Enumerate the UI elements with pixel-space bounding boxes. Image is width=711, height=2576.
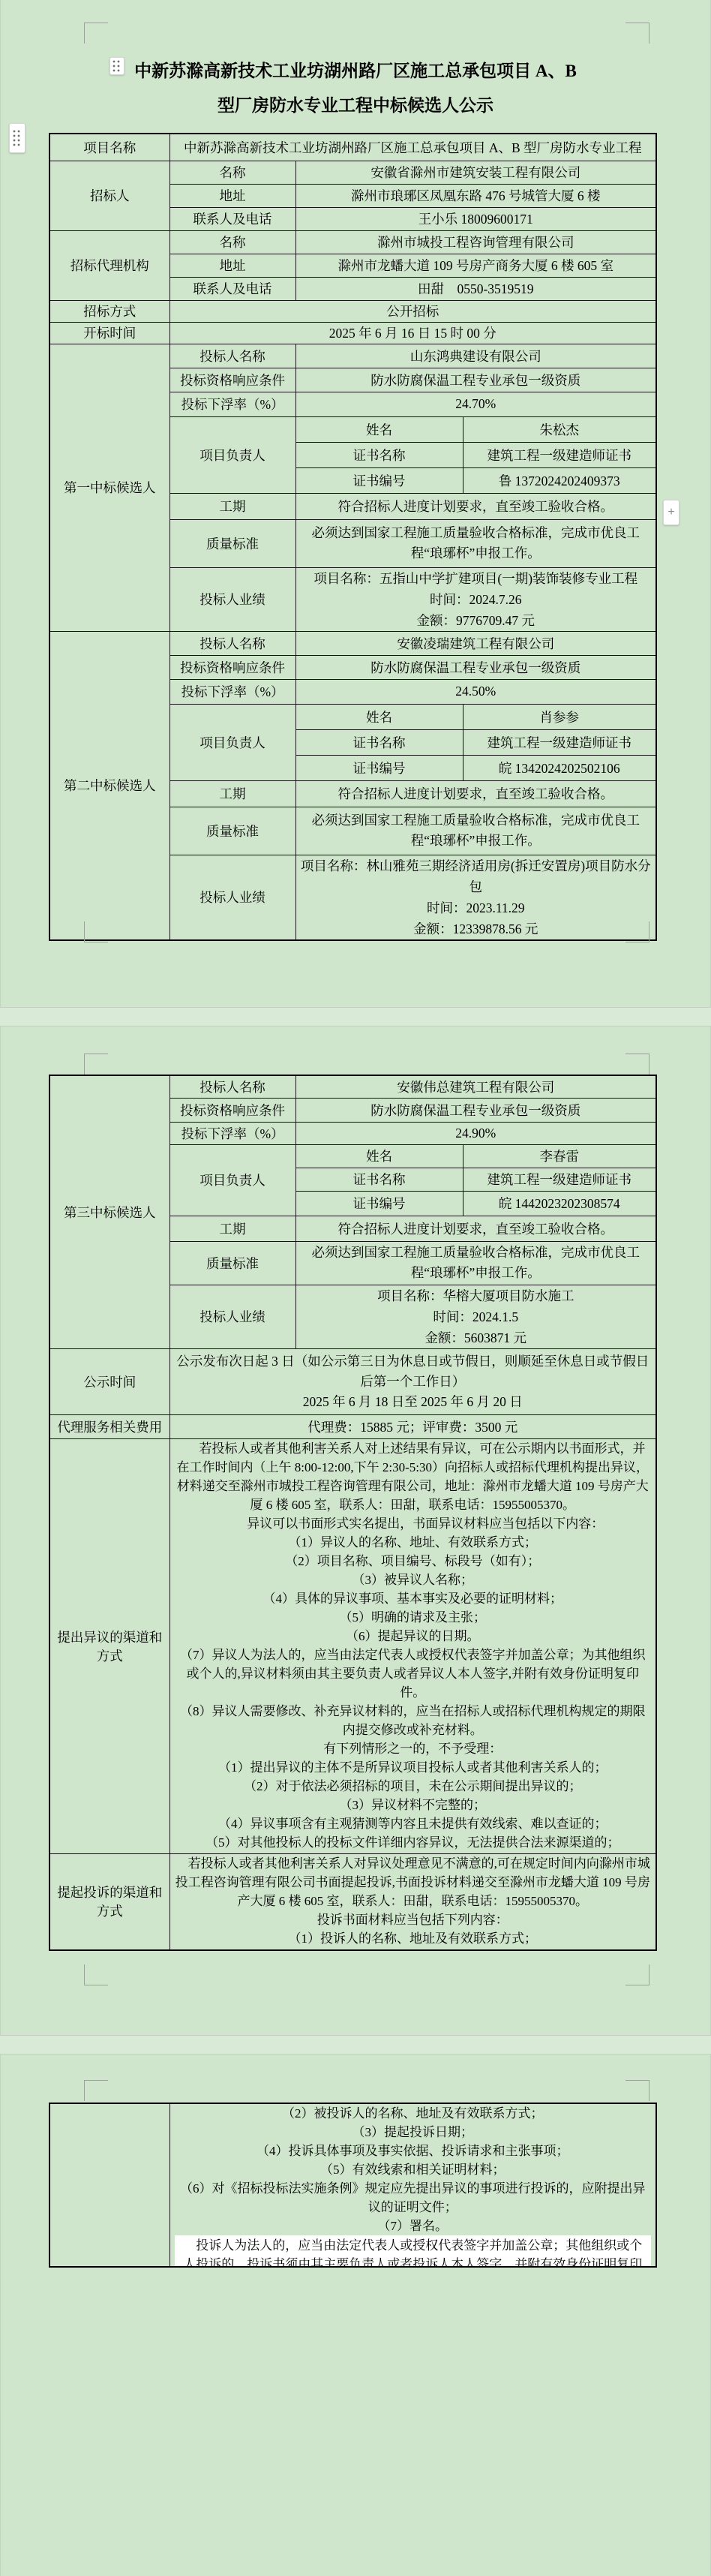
open-time-value: 2025 年 6 月 16 日 15 时 00 分	[169, 322, 656, 344]
c3-perf-project: 项目名称：华榕大厦项目防水施工	[301, 1285, 652, 1306]
bid-table-page1: 项目名称 中新苏滁高新技术工业坊湖州路厂区施工总承包项目 A、B 型厂房防水专业…	[49, 133, 657, 941]
c3-qualification-value: 防水防腐保温工程专业承包一级资质	[295, 1098, 656, 1122]
insert-row-button[interactable]: +	[663, 500, 679, 525]
complaint-para: （2）被投诉人的名称、地址及有效联系方式；	[175, 2104, 652, 2123]
c3-perf-amount: 金额：5603871 元	[301, 1327, 652, 1348]
complaint-highlighted-para: 投诉人为法人的，应当由法定代表人或授权代表签字并加盖公章；其他组织或个人投诉的，…	[175, 2235, 652, 2266]
c1-perf-time: 时间：2024.7.26	[301, 589, 652, 610]
c1-person-name-label: 姓名	[295, 416, 463, 442]
page-separator	[0, 2035, 711, 2054]
page-3: （2）被投诉人的名称、地址及有效联系方式； （3）提起投诉日期； （4）投诉具体…	[0, 2054, 711, 2576]
c1-perf-amount: 金额：9776709.47 元	[301, 610, 652, 631]
tenderer-label: 招标人	[49, 161, 169, 230]
objection-para: 若投标人或者其他利害关系人对上述结果有异议，可在公示期内以书面形式，并在工作时间…	[175, 1439, 652, 1514]
c2-person-name-label: 姓名	[295, 704, 463, 729]
c1-duration-value: 符合招标人进度计划要求，直至竣工验收合格。	[295, 493, 656, 519]
c2-perf-time: 时间：2023.11.29	[301, 897, 652, 918]
c3-performance-value: 项目名称：华榕大厦项目防水施工 时间：2024.1.5 金额：5603871 元	[295, 1285, 656, 1348]
candidate3-rank-label: 第三中标候选人	[49, 1075, 169, 1348]
c3-duration-label: 工期	[169, 1216, 295, 1241]
objection-para: （4）异议事项含有主观猜测等内容且未提供有效线索、难以查证的；	[175, 1814, 652, 1833]
c3-manager-label: 项目负责人	[169, 1144, 295, 1216]
c1-cert-no-label: 证书编号	[295, 467, 463, 493]
complaint-para: （5）有效线索和相关证明材料；	[175, 2160, 652, 2179]
drag-dots-icon	[112, 60, 121, 73]
objection-para: （8）异议人需要修改、补充异议材料的，应当在招标人或招标代理机构规定的期限内提交…	[175, 1702, 652, 1739]
c1-duration-label: 工期	[169, 493, 295, 519]
title-line-2: 型厂房防水专业工程中标候选人公示	[217, 96, 493, 115]
title-line-1: 中新苏滁高新技术工业坊湖州路厂区施工总承包项目 A、B	[134, 62, 577, 80]
plus-icon: +	[667, 506, 674, 519]
objection-para: （3）异议材料不完整的；	[175, 1796, 652, 1814]
row-objection: 提出异议的渠道和方式 若投标人或者其他利害关系人对上述结果有异议，可在公示期内以…	[49, 1438, 656, 1853]
c1-cert-no-value: 鲁 1372024202409373	[463, 467, 656, 493]
c3-perf-time: 时间：2024.1.5	[301, 1306, 652, 1327]
row-agency-fee: 代理服务相关费用 代理费：15885 元；评审费：3500 元	[49, 1414, 656, 1438]
document-canvas: + 中新苏滁高新技术工业坊湖州路厂区施工总承包项目 A、B 型厂房防水专业工程中…	[0, 0, 711, 2576]
agency-fee-label: 代理服务相关费用	[49, 1414, 169, 1438]
c2-person-name-value: 肖参参	[463, 704, 656, 729]
row-c1-bidder: 第一中标候选人 投标人名称 山东鸿典建设有限公司	[49, 344, 656, 368]
row-publicity-time: 公示时间 公示发布次日起 3 日（如公示第三日为休息日或节假日，则顺延至休息日或…	[49, 1348, 656, 1414]
c2-bidder-label: 投标人名称	[169, 631, 295, 655]
project-name-value: 中新苏滁高新技术工业坊湖州路厂区施工总承包项目 A、B 型厂房防水专业工程	[169, 134, 656, 161]
agency-address-label: 地址	[169, 254, 295, 277]
c2-cert-no-label: 证书编号	[295, 755, 463, 780]
c3-duration-value: 符合招标人进度计划要求，直至竣工验收合格。	[295, 1216, 656, 1241]
margin-mark-bottom-left	[84, 1964, 108, 1985]
method-value: 公开招标	[169, 300, 656, 322]
c3-qualification-label: 投标资格响应条件	[169, 1098, 295, 1122]
complaint-value-page2: 若投标人或者其他利害关系人对异议处理意见不满意的,可在规定时间内向滁州市城投工程…	[169, 1853, 656, 1950]
margin-mark-bottom-right	[625, 1964, 649, 1985]
margin-mark-top-right	[625, 1054, 649, 1075]
c1-discount-value: 24.70%	[295, 392, 656, 416]
agency-contact-label: 联系人及电话	[169, 277, 295, 300]
c1-person-name-value: 朱松杰	[463, 416, 656, 442]
objection-para: 有下列情形之一的，不予受理：	[175, 1739, 652, 1758]
c3-cert-name-value: 建筑工程一级建造师证书	[463, 1168, 656, 1191]
candidate1-rank-label: 第一中标候选人	[49, 344, 169, 631]
c1-quality-value: 必须达到国家工程施工质量验收合格标准，完成市优良工程“琅琊杯”申报工作。	[295, 519, 656, 567]
c3-bidder-label: 投标人名称	[169, 1075, 295, 1098]
c1-quality-label: 质量标准	[169, 519, 295, 567]
title-drag-handle[interactable]	[109, 57, 124, 75]
tenderer-name-label: 名称	[169, 161, 295, 184]
objection-para: （5）对其他投标人的投标文件详细内容异议，无法提供合法来源渠道的；	[175, 1833, 652, 1852]
c1-manager-label: 项目负责人	[169, 416, 295, 493]
c2-quality-value: 必须达到国家工程施工质量验收合格标准，完成市优良工程“琅琊杯”申报工作。	[295, 807, 656, 855]
tenderer-contact-label: 联系人及电话	[169, 207, 295, 230]
row-complaint-page2: 提起投诉的渠道和方式 若投标人或者其他利害关系人对异议处理意见不满意的,可在规定…	[49, 1853, 656, 1950]
tenderer-name-value: 安徽省滁州市建筑安装工程有限公司	[295, 161, 656, 184]
c3-discount-value: 24.90%	[295, 1122, 656, 1144]
bid-table-page3: （2）被投诉人的名称、地址及有效联系方式； （3）提起投诉日期； （4）投诉具体…	[49, 2103, 657, 2268]
c3-cert-no-value: 皖 1442023202308574	[463, 1191, 656, 1216]
c2-cert-name-value: 建筑工程一级建造师证书	[463, 729, 656, 755]
c1-cert-name-value: 建筑工程一级建造师证书	[463, 442, 656, 467]
c1-perf-project: 项目名称：五指山中学扩建项目(一期)装饰装修专业工程	[301, 568, 652, 589]
c2-qualification-value: 防水防腐保温工程专业承包一级资质	[295, 655, 656, 679]
publicity-line-2: 2025 年 6 月 18 日至 2025 年 6 月 20 日	[175, 1392, 652, 1412]
agency-name-value: 滁州市城投工程咨询管理有限公司	[295, 230, 656, 254]
margin-mark-top-left	[84, 2080, 108, 2101]
objection-para: （6）异议事项已进入投诉处理、行政复议或行政诉讼程序的。	[175, 1852, 652, 1853]
complaint-para: （3）提起投诉日期；	[175, 2123, 652, 2142]
c2-duration-label: 工期	[169, 780, 295, 807]
complaint-para: （1）投诉人的名称、地址及有效联系方式；	[175, 1929, 652, 1948]
c1-bidder-label: 投标人名称	[169, 344, 295, 368]
publicity-line-1: 公示发布次日起 3 日（如公示第三日为休息日或节假日，则顺延至休息日或节假日后第…	[175, 1351, 652, 1392]
objection-para: （3）被异议人名称；	[175, 1571, 652, 1589]
c1-qualification-value: 防水防腐保温工程专业承包一级资质	[295, 368, 656, 392]
objection-para: （1）提出异议的主体不是所异议项目投标人或者其他利害关系人的；	[175, 1758, 652, 1777]
margin-mark-bottom-right	[625, 921, 649, 942]
c2-cert-no-value: 皖 1342024202502106	[463, 755, 656, 780]
complaint-para: （4）投诉具体事项及事实依据、投诉请求和主张事项；	[175, 2142, 652, 2160]
objection-para: （2）项目名称、项目编号、标段号（如有）；	[175, 1552, 652, 1571]
document-title: 中新苏滁高新技术工业坊湖州路厂区施工总承包项目 A、B 型厂房防水专业工程中标候…	[0, 54, 711, 123]
publicity-label: 公示时间	[49, 1348, 169, 1414]
margin-mark-top-right	[625, 2080, 649, 2101]
c2-duration-value: 符合招标人进度计划要求，直至竣工验收合格。	[295, 780, 656, 807]
c1-bidder-value: 山东鸿典建设有限公司	[295, 344, 656, 368]
objection-para: （4）具体的异议事项、基本事实及必要的证明材料；	[175, 1589, 652, 1608]
agency-contact-value: 田甜 0550-3519519	[295, 277, 656, 300]
page-2: 第三中标候选人 投标人名称 安徽伟总建筑工程有限公司 投标资格响应条件 防水防腐…	[0, 1026, 711, 2035]
c2-qualification-label: 投标资格响应条件	[169, 655, 295, 679]
method-label: 招标方式	[49, 300, 169, 322]
objection-para: （6）提起异议的日期。	[175, 1627, 652, 1646]
c3-cert-name-label: 证书名称	[295, 1168, 463, 1191]
publicity-value: 公示发布次日起 3 日（如公示第三日为休息日或节假日，则顺延至休息日或节假日后第…	[169, 1348, 656, 1414]
c1-performance-label: 投标人业绩	[169, 567, 295, 631]
agency-label: 招标代理机构	[49, 230, 169, 300]
objection-para: 异议可以书面形式实名提出，书面异议材料应当包括以下内容：	[175, 1514, 652, 1533]
row-tenderer-name: 招标人 名称 安徽省滁州市建筑安装工程有限公司	[49, 161, 656, 184]
c3-bidder-value: 安徽伟总建筑工程有限公司	[295, 1075, 656, 1098]
agency-name-label: 名称	[169, 230, 295, 254]
c3-person-name-label: 姓名	[295, 1144, 463, 1168]
margin-mark-top-right	[625, 23, 649, 44]
complaint-label: 提起投诉的渠道和方式	[49, 1853, 169, 1950]
row-open-time: 开标时间 2025 年 6 月 16 日 15 时 00 分	[49, 322, 656, 344]
c2-cert-name-label: 证书名称	[295, 729, 463, 755]
c2-discount-value: 24.50%	[295, 679, 656, 704]
agency-fee-value: 代理费：15885 元；评审费：3500 元	[169, 1414, 656, 1438]
complaint-value-page3: （2）被投诉人的名称、地址及有效联系方式； （3）提起投诉日期； （4）投诉具体…	[169, 2103, 656, 2267]
row-c2-bidder: 第二中标候选人 投标人名称 安徽凌瑞建筑工程有限公司	[49, 631, 656, 655]
margin-mark-top-left	[84, 1054, 108, 1075]
c2-bidder-value: 安徽凌瑞建筑工程有限公司	[295, 631, 656, 655]
row-project-name: 项目名称 中新苏滁高新技术工业坊湖州路厂区施工总承包项目 A、B 型厂房防水专业…	[49, 134, 656, 161]
open-time-label: 开标时间	[49, 322, 169, 344]
c3-quality-value: 必须达到国家工程施工质量验收合格标准，完成市优良工程“琅琊杯”申报工作。	[295, 1241, 656, 1285]
c3-quality-label: 质量标准	[169, 1241, 295, 1285]
project-name-label: 项目名称	[49, 134, 169, 161]
tenderer-contact-value: 王小乐 18009600171	[295, 207, 656, 230]
c2-perf-amount: 金额：12339878.56 元	[301, 918, 652, 939]
c1-performance-value: 项目名称：五指山中学扩建项目(一期)装饰装修专业工程 时间：2024.7.26 …	[295, 567, 656, 631]
table-drag-handle[interactable]	[9, 123, 25, 153]
page-separator	[0, 1007, 711, 1026]
c3-discount-label: 投标下浮率（%）	[169, 1122, 295, 1144]
tenderer-address-value: 滁州市琅琊区凤凰东路 476 号城管大厦 6 楼	[295, 184, 656, 207]
c3-cert-no-label: 证书编号	[295, 1191, 463, 1216]
page-1: + 中新苏滁高新技术工业坊湖州路厂区施工总承包项目 A、B 型厂房防水专业工程中…	[0, 0, 711, 1007]
c2-discount-label: 投标下浮率（%）	[169, 679, 295, 704]
objection-value: 若投标人或者其他利害关系人对上述结果有异议，可在公示期内以书面形式，并在工作时间…	[169, 1438, 656, 1853]
row-complaint-page3: （2）被投诉人的名称、地址及有效联系方式； （3）提起投诉日期； （4）投诉具体…	[49, 2103, 656, 2267]
c2-quality-label: 质量标准	[169, 807, 295, 855]
complaint-label-empty-cell	[49, 2103, 169, 2267]
objection-para: （2）对于依法必须招标的项目，未在公示期间提出异议的；	[175, 1777, 652, 1796]
candidate2-rank-label: 第二中标候选人	[49, 631, 169, 940]
objection-para: （1）异议人的名称、地址、有效联系方式；	[175, 1533, 652, 1552]
c1-discount-label: 投标下浮率（%）	[169, 392, 295, 416]
bid-table-page2: 第三中标候选人 投标人名称 安徽伟总建筑工程有限公司 投标资格响应条件 防水防腐…	[49, 1075, 657, 1951]
c2-perf-project: 项目名称：林山雅苑三期经济适用房(拆迁安置房)项目防水分包	[301, 855, 652, 897]
complaint-para: 若投标人或者其他利害关系人对异议处理意见不满意的,可在规定时间内向滁州市城投工程…	[175, 1854, 652, 1910]
c3-performance-label: 投标人业绩	[169, 1285, 295, 1348]
objection-label: 提出异议的渠道和方式	[49, 1438, 169, 1853]
tenderer-address-label: 地址	[169, 184, 295, 207]
c3-person-name-value: 李春雷	[463, 1144, 656, 1168]
c2-performance-value: 项目名称：林山雅苑三期经济适用房(拆迁安置房)项目防水分包 时间：2023.11…	[295, 855, 656, 940]
c1-cert-name-label: 证书名称	[295, 442, 463, 467]
drag-dots-icon	[13, 130, 22, 147]
row-c3-bidder: 第三中标候选人 投标人名称 安徽伟总建筑工程有限公司	[49, 1075, 656, 1098]
row-agency-name: 招标代理机构 名称 滁州市城投工程咨询管理有限公司	[49, 230, 656, 254]
objection-para: （7）异议人为法人的，应当由法定代表人或授权代表签字并加盖公章；为其他组织或个人…	[175, 1646, 652, 1702]
agency-address-value: 滁州市龙蟠大道 109 号房产商务大厦 6 楼 605 室	[295, 254, 656, 277]
complaint-para: （7）署名。	[175, 2217, 652, 2235]
c2-manager-label: 项目负责人	[169, 704, 295, 780]
margin-mark-bottom-left	[84, 921, 108, 942]
complaint-para: （6）对《招标投标法实施条例》规定应先提出异议的事项进行投诉的，应附提出异议的证…	[175, 2179, 652, 2217]
complaint-para: 投诉书面材料应当包括下列内容：	[175, 1910, 652, 1929]
c1-qualification-label: 投标资格响应条件	[169, 368, 295, 392]
objection-para: （5）明确的请求及主张；	[175, 1608, 652, 1627]
margin-mark-top-left	[84, 23, 108, 44]
c2-performance-label: 投标人业绩	[169, 855, 295, 940]
row-method: 招标方式 公开招标	[49, 300, 656, 322]
